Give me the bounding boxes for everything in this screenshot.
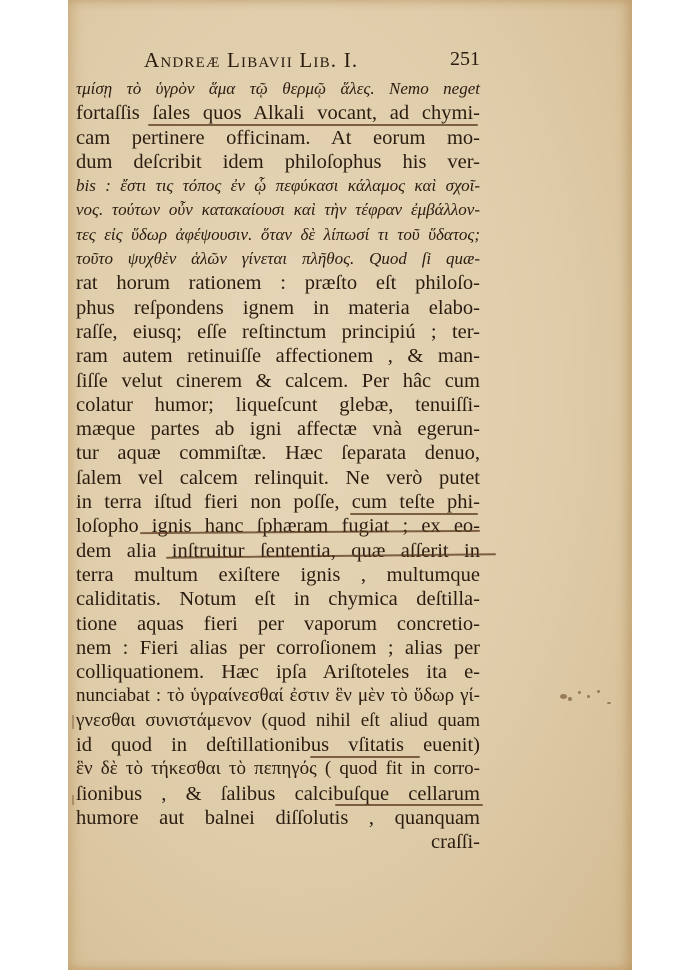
text-line: ſalem vel calcem relinquit. Ne verò pute…: [76, 466, 480, 490]
ink-stain: [560, 694, 567, 699]
margin-mark: [72, 795, 74, 805]
text-line: phus reſpondens ignem in materia elabo-: [76, 296, 480, 320]
handwritten-underline: [148, 124, 478, 126]
running-head: Andreæ Libavii Lib. I.: [144, 48, 358, 73]
handwritten-underline: [310, 756, 420, 758]
text-line: in terra iſtud fieri non poſſe, cum teſt…: [76, 490, 480, 514]
text-line: nem : Fieri alias per corroſionem ; alia…: [76, 636, 480, 660]
text-line: loſopho ignis hanc ſphæram fugiat ; ex e…: [76, 514, 480, 538]
ink-stain: [607, 702, 611, 704]
text-line: cam pertinere officinam. At eorum mo-: [76, 126, 480, 150]
text-line: ἓν δὲ τὸ τήκεσθαι τὸ πεπηγός ( quod fit …: [76, 757, 480, 781]
text-line: caliditatis. Notum eſt in chymica deſtil…: [76, 587, 480, 611]
text-line: id quod in deſtillationibus vſitatis eue…: [76, 733, 480, 757]
catchword: craſſi-: [76, 830, 480, 854]
text-line: rat horum rationem : præſto eſt philoſo-: [76, 271, 480, 295]
ink-stain: [597, 690, 600, 693]
text-line: τοῦτο ψυχθὲν ἁλῶν γίνεται πλῆθος. Quod ſ…: [76, 247, 480, 271]
text-line: γνεσθαι συνιστάμενον (quod nihil eſt ali…: [76, 709, 480, 733]
handwritten-underline: [350, 513, 478, 515]
page-header: Andreæ Libavii Lib. I. 251: [78, 48, 480, 74]
text-line: fortaſſis ſales quos Alkali vocant, ad c…: [76, 101, 480, 125]
text-line: raſſe, eiusq; eſſe reſtinctum principiú …: [76, 320, 480, 344]
handwritten-underline: [335, 804, 483, 806]
text-line: bis : ἔστι τις τόπος ἐν ᾧ πεφύκασι κάλαμ…: [76, 174, 480, 198]
text-line: mæque partes ab igni affectæ vnà egerun-: [76, 417, 480, 441]
page-number: 251: [450, 48, 480, 71]
margin-mark: [72, 715, 74, 729]
body-text: τμίσῃ τὸ ὑγρὸν ἅμα τῷ θερμῷ ἅλες. Nemo n…: [76, 77, 480, 855]
text-line: ram autem retinuiſſe affectionem , & man…: [76, 344, 480, 368]
text-line: terra multum exiſtere ignis , multumque: [76, 563, 480, 587]
text-line: dem alia inſtruitur ſententia, quæ aſſer…: [76, 539, 480, 563]
text-line: ſionibus , & ſalibus calcibuſque cellaru…: [76, 782, 480, 806]
text-line: colatur humor; liqueſcunt glebæ, tenuiſſ…: [76, 393, 480, 417]
text-line: dum deſcribit idem philoſophus his ver-: [76, 150, 480, 174]
text-line: τμίσῃ τὸ ὑγρὸν ἅμα τῷ θερμῷ ἅλες. Nemo n…: [76, 77, 480, 101]
ink-stain: [568, 697, 572, 701]
text-line: τες εἰς ὕδωρ ἀφέψουσιν. ὅταν δὲ λίπωσί τ…: [76, 223, 480, 247]
text-line: humore aut balnei diſſolutis , quanquam: [76, 806, 480, 830]
text-line: nunciabat : τὸ ὑγραίνεσθαί ἐστιν ἓν μὲν …: [76, 684, 480, 708]
text-line: colliquationem. Hæc ipſa Ariſtoteles ita…: [76, 660, 480, 684]
text-line: tione aquas fieri per vaporum concretio-: [76, 612, 480, 636]
ink-stain: [587, 695, 590, 698]
text-line: ſiſſe velut cinerem & calcem. Per hâc cu…: [76, 369, 480, 393]
text-line: νος. τούτων οὖν κατακαίουσι καὶ τὴν τέφρ…: [76, 198, 480, 222]
text-line: tur aquæ commiſtæ. Hæc ſeparata denuo,: [76, 441, 480, 465]
ink-stain: [578, 691, 581, 694]
